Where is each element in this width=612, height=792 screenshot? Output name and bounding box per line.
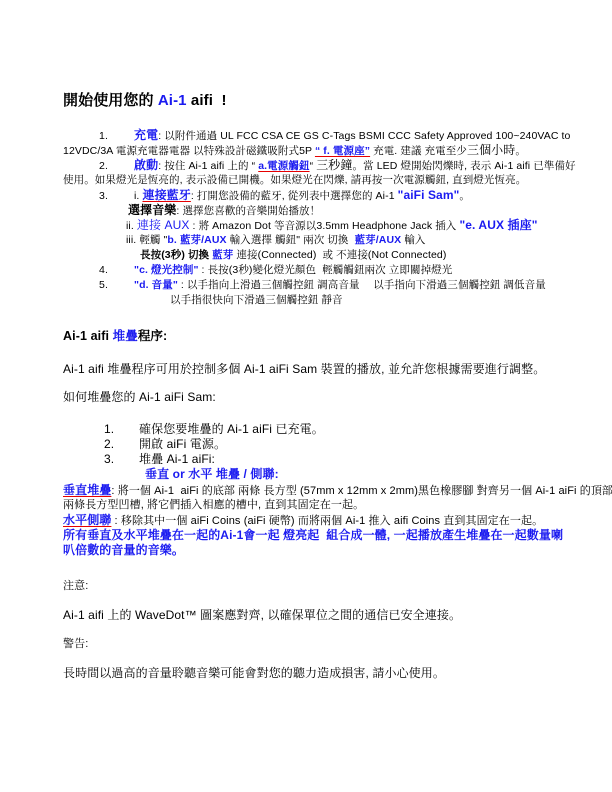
stacking-heading: Ai-1 aifi 堆疊程序:	[63, 329, 167, 344]
text-segment: 兩條長方型凹槽, 將它們插入相應的槽中, 直到其固定在一起。	[63, 499, 364, 511]
how-to-stack: 如何堆疊您的 Ai-1 aiFi Sam:	[63, 390, 216, 405]
text-segment: : 長按(3秒)變化燈光顏色 輕觸觸鈕兩次 立即關掉燈光	[199, 264, 453, 276]
text-segment: "aiFi Sam"	[398, 188, 460, 202]
text-segment: ii.	[126, 220, 137, 232]
text-segment: 注意:	[63, 580, 88, 592]
vertical-stack-line1: 垂直堆疊: 將一個 Ai-1 aiFi 的底部 兩條 長方型 (57mm x 1…	[63, 483, 612, 499]
text-segment: 以手指很快向下滑過三個觸控鈕 靜音	[170, 294, 343, 306]
note-label: 注意:	[63, 579, 88, 594]
list-number: 3.	[99, 189, 134, 204]
text-segment: 確保您要堆疊的 Ai-1 aiFi 已充電。	[139, 422, 324, 436]
text-segment: : 以手指向上滑過三個觸控鈕 調高音量 以手指向下滑過三個觸控鈕 調低音量	[178, 279, 546, 291]
stack-step1: 1.確保您要堆疊的 Ai-1 aiFi 已充電。	[104, 422, 324, 437]
text-segment: 12VDC/3A 電源充電器電器 以特殊設計磁鐵吸附式5P	[63, 145, 315, 157]
list-number: 1.	[99, 129, 134, 144]
text-segment: : 將 Amazon Dot 等音源以3.5mm Headphone Jack …	[190, 220, 460, 232]
step3-choose-music: 選擇音樂: 選擇您喜歡的音樂開始播放！	[128, 203, 320, 219]
text-segment: 。	[515, 145, 526, 157]
warning-label: 警告:	[63, 637, 88, 652]
text-segment: “ f. 電源座”	[315, 145, 370, 157]
stack-step2: 2.開啟 aiFi 電源。	[104, 437, 226, 452]
text-segment: 垂直 or 水平 堆疊 / 側聯:	[145, 467, 279, 481]
list-number: 1.	[104, 422, 139, 437]
text-segment: : 以附件通過 UL FCC CSA CE GS C-Tags BSMI CCC…	[158, 130, 570, 142]
text-segment: iii. 輕觸 "	[126, 234, 167, 246]
text-segment: 藍芽	[212, 249, 233, 261]
text-segment: 長按(3秒) 切換	[140, 249, 212, 261]
text-segment: 程序:	[138, 329, 167, 343]
step5-volume: 5."d. 音量" : 以手指向上滑過三個觸控鈕 調高音量 以手指向下滑過三個觸…	[99, 278, 546, 293]
text-segment: 三秒鐘	[316, 158, 352, 172]
text-segment: Ai-1 aifi	[63, 329, 113, 343]
list-number: 3.	[104, 452, 139, 467]
text-segment: 開啟 aiFi 電源。	[139, 437, 226, 451]
text-segment: : 打開您設備的藍牙, 從列表中選擇您的 Ai-1	[191, 190, 398, 202]
text-segment: 啟動	[134, 158, 158, 172]
step2-line2: 使用。如果燈光是恆亮的, 表示設備已開機。如果燈光在閃爍, 請再按一次電源觸鈕,…	[63, 173, 526, 188]
text-segment: 三個小時	[467, 143, 515, 157]
text-segment: 。	[459, 190, 470, 202]
step1-line1: 1.充電: 以附件通過 UL FCC CSA CE GS C-Tags BSMI…	[99, 128, 570, 144]
text-segment: 充電. 建議 充電至少	[370, 145, 467, 157]
text-segment: : 移除其中一個 aiFi Coins (aiFi 硬幣) 而將兩個 Ai-1 …	[111, 515, 543, 527]
text-segment: b. 藍芽/AUX	[167, 234, 226, 246]
step3-longpress: 長按(3秒) 切換 藍芽 連接(Connected) 或 不連接(Not Con…	[140, 248, 446, 263]
text-segment: 叭倍數的音量的音樂。	[63, 543, 184, 557]
stack-result-line1: 所有垂直及水平堆疊在一起的Ai-1會一起 燈亮起 組合成一體, 一起播放產生堆疊…	[63, 528, 563, 543]
text-segment: Ai-1 aifi 堆疊程序可用於控制多個 Ai-1 aiFi Sam 裝置的播…	[63, 362, 545, 376]
text-segment: 垂直堆疊	[63, 483, 111, 497]
text-segment: Ai-1	[158, 92, 187, 109]
stacking-intro: Ai-1 aifi 堆疊程序可用於控制多個 Ai-1 aiFi Sam 裝置的播…	[63, 362, 545, 377]
text-segment: 使用。如果燈光是恆亮的, 表示設備已開機。如果燈光在閃爍, 請再按一次電源觸鈕,…	[63, 174, 526, 186]
text-segment: 充電	[134, 128, 158, 142]
step3-bluetooth: 3.i. 連接藍牙: 打開您設備的藍牙, 從列表中選擇您的 Ai-1 "aiFi…	[99, 188, 470, 204]
text-segment: 輸入	[401, 234, 425, 246]
list-number: 2.	[104, 437, 139, 452]
document-body: 開始使用您的 Ai-1 aifi !1.充電: 以附件通過 UL FCC CSA…	[0, 0, 612, 792]
horizontal-link: 水平側聯 : 移除其中一個 aiFi Coins (aiFi 硬幣) 而將兩個 …	[63, 513, 543, 529]
text-segment: "c. 燈光控制"	[134, 264, 199, 276]
text-segment: 連接 AUX	[137, 218, 190, 232]
text-segment: "e. AUX 插座"	[459, 218, 537, 232]
text-segment: 連接(Connected) 或 不連接(Not Connected)	[233, 249, 446, 261]
step4-light: 4."c. 燈光控制" : 長按(3秒)變化燈光顏色 輕觸觸鈕兩次 立即關掉燈光	[99, 263, 452, 278]
text-segment: 開始使用您的	[63, 92, 158, 109]
text-segment: aifi !	[187, 92, 227, 109]
step1-line2: 12VDC/3A 電源充電器電器 以特殊設計磁鐵吸附式5P “ f. 電源座” …	[63, 143, 526, 159]
list-number: 2.	[99, 159, 134, 174]
stack-step3: 3.堆疊 Ai-1 aiFi:	[104, 452, 215, 467]
stack-modes: 垂直 or 水平 堆疊 / 側聯:	[145, 467, 279, 482]
page-title: 開始使用您的 Ai-1 aifi !	[63, 93, 227, 108]
text-segment: 堆疊 Ai-1 aiFi:	[139, 452, 215, 466]
text-segment: : 將一個 Ai-1 aiFi 的底部 兩條 長方型 (57mm x 12mm …	[111, 485, 612, 497]
text-segment: 長時間以過高的音量聆聽音樂可能會對您的聽力造成損害, 請小心使用。	[63, 666, 445, 680]
step5-mute: 以手指很快向下滑過三個觸控鈕 靜音	[170, 293, 343, 308]
text-segment: 連接藍牙	[142, 188, 190, 202]
text-segment: "d. 音量"	[134, 279, 178, 291]
text-segment: 輸入選擇 觸鈕" 兩次 切換	[227, 234, 355, 246]
text-segment: a.電源觸鈕	[258, 160, 309, 172]
document-page: 開始使用您的 Ai-1 aifi !1.充電: 以附件通過 UL FCC CSA…	[0, 0, 612, 792]
step2-line1: 2.啟動: 按住 Ai-1 aifi 上的 “ a.電源觸鈕“ 三秒鐘。當 LE…	[99, 158, 576, 174]
step3-aux: ii. 連接 AUX : 將 Amazon Dot 等音源以3.5mm Head…	[126, 218, 537, 234]
text-segment: : 選擇您喜歡的音樂開始播放！	[176, 205, 320, 217]
step3-toggle: iii. 輕觸 "b. 藍芽/AUX 輸入選擇 觸鈕" 兩次 切換 藍芽/AUX…	[126, 233, 425, 248]
text-segment: 選擇音樂	[128, 203, 176, 217]
stack-result-line2: 叭倍數的音量的音樂。	[63, 543, 184, 558]
text-segment: 如何堆疊您的 Ai-1 aiFi Sam:	[63, 390, 216, 404]
list-number: 4.	[99, 263, 134, 278]
list-number: 5.	[99, 278, 134, 293]
text-segment: 藍芽/AUX	[355, 234, 402, 246]
text-segment: : 按住 Ai-1 aifi 上的 “	[158, 160, 258, 172]
vertical-stack-line2: 兩條長方型凹槽, 將它們插入相應的槽中, 直到其固定在一起。	[63, 498, 364, 513]
warning-text: 長時間以過高的音量聆聽音樂可能會對您的聽力造成損害, 請小心使用。	[63, 666, 445, 681]
text-segment: 。當 LED 燈開始閃爍時, 表示 Ai-1 aifi 已準備好	[353, 160, 576, 172]
note-text: Ai-1 aifi 上的 WaveDot™ 圖案應對齊, 以確保單位之間的通信已…	[63, 608, 461, 623]
text-segment: 所有垂直及水平堆疊在一起的Ai-1會一起 燈亮起 組合成一體, 一起播放產生堆疊…	[63, 528, 563, 542]
text-segment: 警告:	[63, 638, 88, 650]
text-segment: Ai-1 aifi 上的 WaveDot™ 圖案應對齊, 以確保單位之間的通信已…	[63, 608, 461, 622]
text-segment: 堆疊	[113, 329, 138, 343]
text-segment: 水平側聯	[63, 513, 111, 527]
